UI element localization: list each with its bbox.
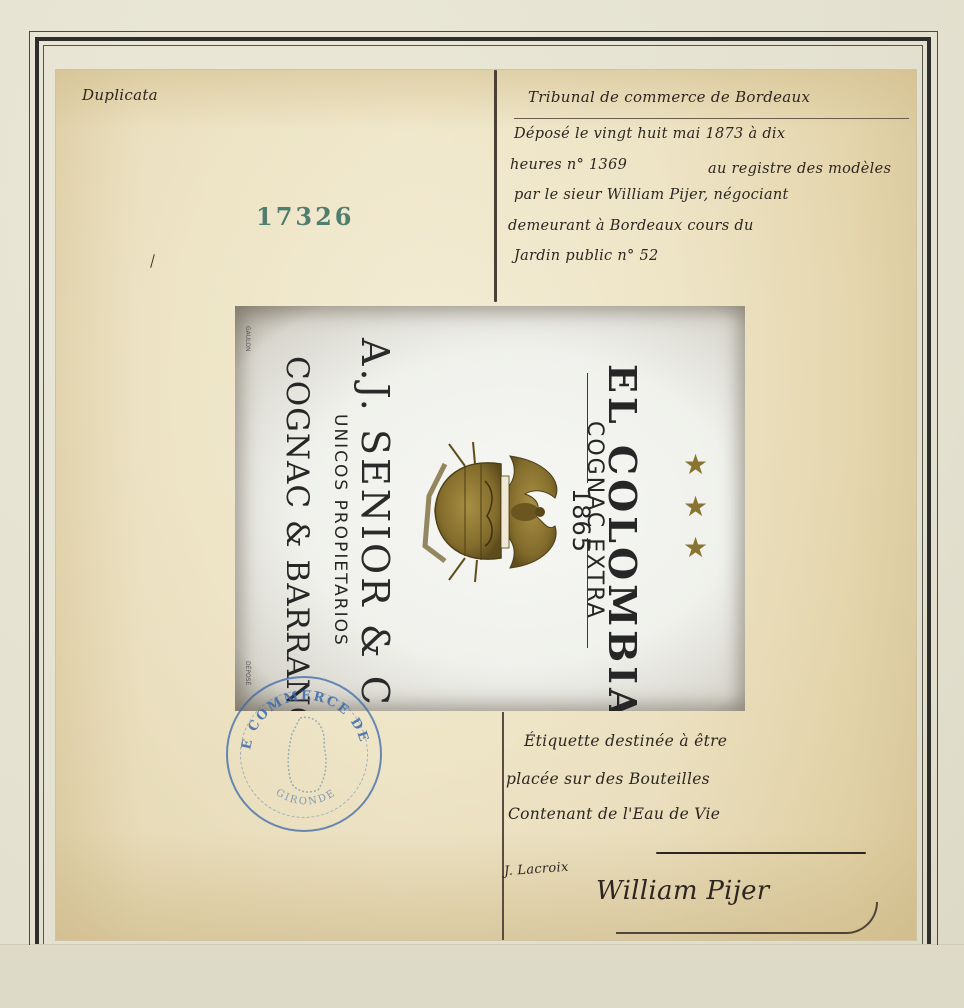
- maker-location: COGNAC & BARRANQUILLA: [279, 356, 315, 711]
- ink-divider-upper: [494, 70, 497, 302]
- coat-of-arms-icon: [415, 436, 565, 586]
- bottom-mount-strip: [0, 944, 964, 1008]
- registration-number-stamp: 17326: [256, 202, 355, 231]
- svg-text:GIRONDE: GIRONDE: [274, 787, 339, 807]
- star-icon: ★: [683, 451, 708, 479]
- register-line: Déposé le vingt huit mai 1873 à dix: [514, 126, 785, 142]
- title-underline: [514, 118, 909, 119]
- description-line: placée sur des Bouteilles: [506, 770, 710, 788]
- signature-flourish: [656, 852, 866, 854]
- register-line: heures n° 1369: [510, 157, 627, 173]
- description-line: Contenant de l'Eau de Vie: [508, 805, 720, 823]
- tribunal-seal-stamp: DE COMMERCE DE B GIRONDE: [226, 676, 382, 832]
- description-line: Étiquette destinée à être: [524, 732, 727, 750]
- printer-mark: GAULON: [244, 326, 251, 352]
- star-icon: ★: [683, 534, 708, 562]
- register-line: Jardin public n° 52: [514, 248, 659, 264]
- signature-flourish: [616, 902, 878, 934]
- maker-name: A.J. SENIOR & C°: [353, 338, 397, 711]
- ink-divider-lower: [502, 712, 504, 940]
- star-icon: ★: [683, 493, 708, 521]
- year-rule: [587, 373, 588, 483]
- register-title: Tribunal de commerce de Bordeaux: [528, 88, 810, 106]
- pen-mark: [150, 254, 155, 268]
- seal-text-icon: DE COMMERCE DE B GIRONDE: [228, 678, 384, 834]
- register-line: demeurant à Bordeaux cours du: [508, 218, 754, 234]
- register-line: par le sieur William Pijer, négociant: [514, 187, 789, 203]
- duplicata-annotation: Duplicata: [82, 86, 158, 104]
- maker-subtitle: UNICOS PROPIETARIOS: [330, 414, 350, 647]
- svg-text:DE COMMERCE DE B: DE COMMERCE DE B: [228, 678, 373, 751]
- year-rule: [587, 538, 588, 648]
- register-line: au registre des modèles: [708, 161, 891, 177]
- cognac-label: GAULON DÉPOSÉ EL COLOMBIANO COGNAC EXTRA…: [235, 306, 745, 711]
- vintage-year: 1865: [567, 488, 595, 553]
- depositor-signature: William Pijer: [596, 876, 770, 906]
